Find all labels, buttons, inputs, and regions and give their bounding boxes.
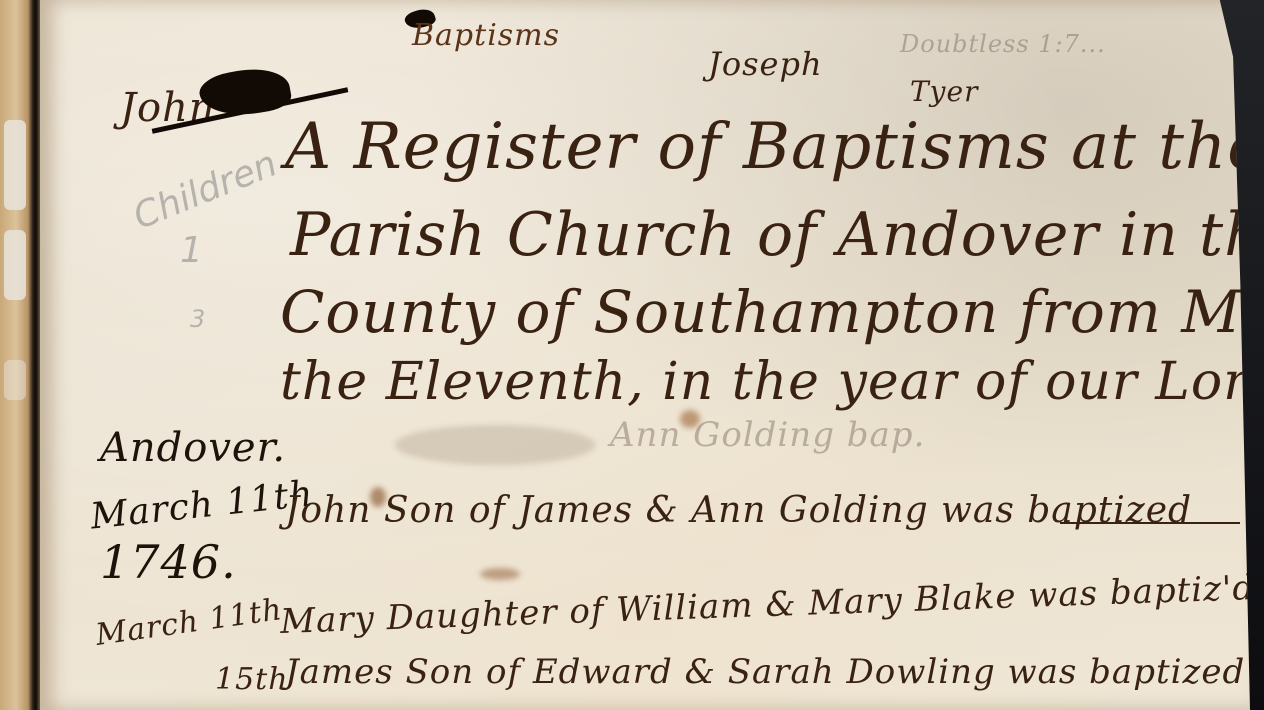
ink-stain xyxy=(480,568,520,580)
entry-text: James Son of Edward & Sarah Dowling was … xyxy=(285,652,1245,692)
header-name-first: Joseph xyxy=(708,45,823,83)
pencil-note: Children xyxy=(128,143,283,237)
paper-flake xyxy=(4,360,26,400)
header-faint-note: Doubtless 1:7... xyxy=(900,30,1106,58)
entry-date: March 11th xyxy=(93,592,284,653)
faint-overwrite: Ann Golding bap. xyxy=(610,415,925,455)
title-line-2: Parish Church of Andover in the xyxy=(290,200,1264,270)
register-page: Baptisms Joseph Tyer Doubtless 1:7... Jo… xyxy=(40,0,1250,710)
water-stain xyxy=(395,425,595,465)
entry-date: 15th xyxy=(215,662,289,697)
paper-flake xyxy=(4,120,26,210)
entry-text: Mary Daughter of William & Mary Blake wa… xyxy=(280,568,1256,642)
entry-date: March 11th xyxy=(88,473,315,537)
title-line-4: the Eleventh, in the year of our Lord 17… xyxy=(280,352,1264,412)
book-spine xyxy=(0,0,40,710)
pencil-note: 1 xyxy=(180,230,203,271)
header-baptisms: Baptisms xyxy=(412,18,560,53)
entry-text: John Son of James & Ann Golding was bapt… xyxy=(285,490,1192,531)
entry-underline xyxy=(1060,522,1240,524)
paper-flake xyxy=(4,230,26,300)
title-line-1: A Register of Baptisms at the xyxy=(285,110,1264,184)
margin-place: Andover. xyxy=(100,425,286,471)
entry-year: 1746. xyxy=(100,535,237,589)
pencil-note: 3 xyxy=(190,305,205,333)
title-line-3: County of Southampton from March xyxy=(280,278,1264,346)
header-name-last: Tyer xyxy=(910,75,978,108)
